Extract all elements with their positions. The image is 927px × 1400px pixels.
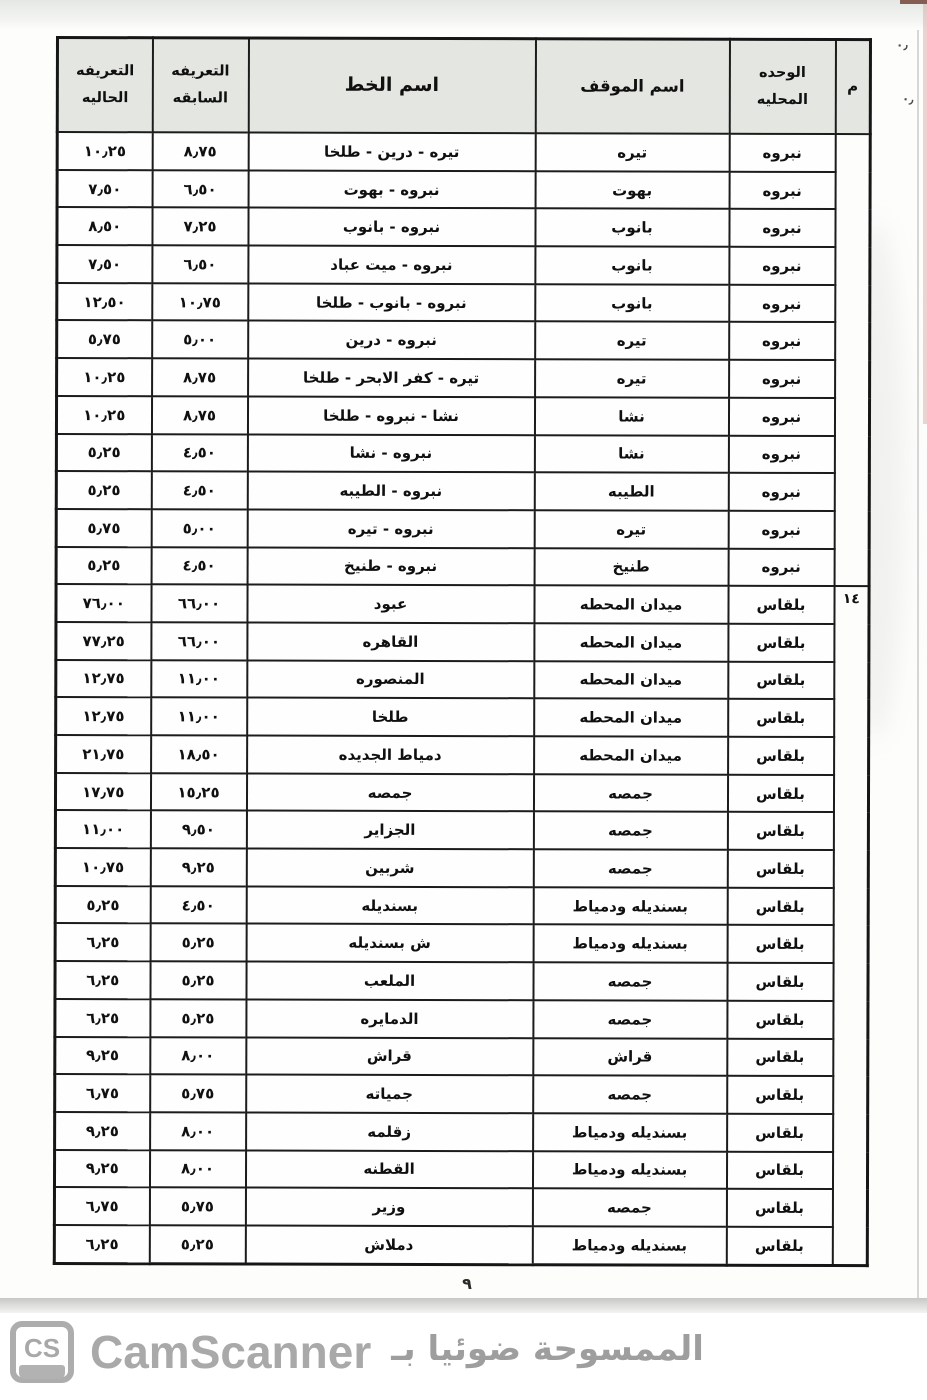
cell-previous-tariff: ١١٫٠٠	[151, 698, 247, 736]
camscanner-logo-bar	[19, 1365, 65, 1379]
table-row: بلقاسبسنديله ودمياطالقطنه٨٫٠٠٩٫٢٥	[54, 1150, 867, 1190]
cell-line-name: جمصه	[246, 773, 533, 811]
cell-current-tariff: ٦٫٢٥	[54, 1225, 149, 1263]
table-row: بلقاسميدان المحطهطلخا١١٫٠٠١٢٫٧٥	[56, 697, 869, 737]
cell-local-unit: بلقاس	[728, 737, 834, 775]
cell-previous-tariff: ٦٫٥٠	[152, 170, 248, 208]
cell-previous-tariff: ٥٫٠٠	[152, 321, 248, 359]
cell-previous-tariff: ٨٫٧٥	[151, 396, 247, 434]
cell-stop-name: الطيبه	[534, 472, 728, 510]
cell-local-unit: نبروه	[729, 247, 835, 285]
cell-previous-tariff: ٨٫٠٠	[150, 1112, 246, 1150]
cell-line-name: قراش	[246, 1037, 533, 1075]
cell-line-name: نبروه - نشا	[247, 434, 534, 472]
cell-previous-tariff: ٤٫٥٠	[151, 471, 247, 509]
cell-line-name: شربين	[246, 849, 533, 887]
cell-line-name: نبروه - بانوب	[248, 208, 535, 246]
cell-previous-tariff: ١٨٫٥٠	[151, 735, 247, 773]
cell-previous-tariff: ٥٫٢٥	[150, 999, 246, 1037]
cell-previous-tariff: ٥٫٧٥	[150, 1074, 246, 1112]
cell-local-unit: بلقاس	[728, 624, 834, 662]
table-row: بلقاسبسنديله ودمياطبسنديله٤٫٥٠٥٫٢٥	[55, 886, 868, 926]
cell-local-unit: بلقاس	[726, 1151, 832, 1189]
cell-current-tariff: ٢١٫٧٥	[56, 735, 151, 773]
cell-current-tariff: ٦٫٢٥	[55, 999, 150, 1037]
cell-stop-name: نشا	[534, 397, 728, 435]
col-header-line-name: اسم الخط	[248, 38, 535, 133]
cell-line-name: دملاش	[245, 1225, 532, 1264]
cell-current-tariff: ١٠٫٢٥	[57, 358, 152, 396]
table-row: بلقاسقراشقراش٨٫٠٠٩٫٢٥	[55, 1037, 868, 1077]
cell-line-name: المنصوره	[247, 660, 534, 698]
table-row: بلقاسجمصهالجزاير٩٫٥٠١١٫٠٠	[55, 810, 868, 850]
cell-previous-tariff: ٤٫٥٠	[151, 434, 247, 472]
cell-stop-name: جمصه	[533, 1075, 727, 1113]
cell-current-tariff: ٥٫٧٥	[57, 320, 152, 358]
cell-line-name: عبود	[247, 585, 534, 623]
cell-previous-tariff: ٥٫٢٥	[150, 961, 246, 999]
cell-current-tariff: ١٢٫٧٥	[56, 660, 151, 698]
cell-line-name: الدمايره	[246, 999, 533, 1037]
cell-current-tariff: ٥٫٢٥	[56, 547, 151, 585]
cell-stop-name: تيره	[535, 322, 729, 360]
cell-previous-tariff: ١١٫٠٠	[151, 660, 247, 698]
cell-current-tariff: ١٠٫٢٥	[57, 132, 152, 170]
cell-line-name: نبروه - تيره	[247, 509, 534, 547]
cell-stop-name: ميدان المحطه	[534, 736, 728, 774]
cell-previous-tariff: ٤٫٥٠	[151, 547, 247, 585]
table-row: نبروهبانوبنبروه - بانوب٧٫٢٥٨٫٥٠	[57, 207, 870, 247]
cell-current-tariff: ٥٫٢٥	[55, 886, 150, 924]
cell-stop-name: بانوب	[535, 284, 729, 322]
col-header-local-unit: الوحده المحليه	[729, 39, 835, 134]
cell-local-unit: نبروه	[729, 171, 835, 209]
cell-current-tariff: ٦٫٧٥	[54, 1187, 149, 1225]
cell-stop-name: بهوت	[535, 171, 729, 209]
cell-local-unit: بلقاس	[728, 661, 834, 699]
cell-line-name: وزير	[245, 1188, 532, 1226]
cell-current-tariff: ٩٫٢٥	[55, 1037, 150, 1075]
cell-previous-tariff: ٦٦٫٠٠	[151, 622, 247, 660]
table-row: نبروهنشانبروه - نشا٤٫٥٠٥٫٢٥	[56, 434, 869, 474]
cell-line-name: نبروه - ميت عباد	[248, 246, 535, 284]
cell-previous-tariff: ٦٫٥٠	[152, 245, 248, 283]
cell-stop-name: ميدان المحطه	[534, 623, 728, 661]
cell-current-tariff: ٥٫٢٥	[56, 471, 151, 509]
cell-stop-name: تيره	[535, 359, 729, 397]
cell-stop-name: جمصه	[533, 812, 727, 850]
cell-stop-name: قراش	[533, 1038, 727, 1076]
col-header-current-tariff: التعريفه الحاليه	[57, 38, 152, 133]
cell-serial: ١٤	[832, 586, 869, 1265]
cell-stop-name: بسنديله ودمياط	[532, 1151, 726, 1189]
cell-line-name: زقلمه	[246, 1112, 533, 1150]
cell-previous-tariff: ٥٫٧٥	[149, 1187, 245, 1225]
cell-previous-tariff: ٤٫٥٠	[150, 886, 246, 924]
cell-local-unit: نبروه	[728, 435, 834, 473]
cell-previous-tariff: ١٠٫٧٥	[152, 283, 248, 321]
cell-current-tariff: ٦٫٧٥	[55, 1074, 150, 1112]
cell-local-unit: بلقاس	[727, 963, 833, 1001]
cell-local-unit: بلقاس	[728, 586, 834, 624]
cell-serial	[834, 134, 870, 586]
cell-line-name: الملعب	[246, 962, 533, 1000]
cell-local-unit: نبروه	[729, 360, 835, 398]
cell-stop-name: ميدان المحطه	[534, 586, 728, 624]
cell-local-unit: بلقاس	[727, 812, 833, 850]
cell-line-name: بسنديله	[246, 886, 533, 924]
cell-current-tariff: ٧٧٫٢٥	[56, 622, 151, 660]
cell-stop-name: جمصه	[533, 774, 727, 812]
cell-line-name: نبروه - درين	[248, 321, 535, 359]
scan-edge-artifact	[923, 4, 927, 424]
cell-previous-tariff: ٥٫٢٥	[149, 1225, 245, 1263]
cell-line-name: نشا - نبروه - طلخا	[247, 396, 534, 434]
col-header-stop-name: اسم الموقف	[535, 39, 729, 134]
cell-local-unit: بلقاس	[727, 888, 833, 926]
table-row: نبروهبهوتنبروه - بهوت٦٫٥٠٧٫٥٠	[57, 170, 870, 210]
cell-line-name: جمياته	[246, 1075, 533, 1113]
table-row: بلقاسجمصهوزير٥٫٧٥٦٫٧٥	[54, 1187, 867, 1227]
header-row: م الوحده المحليه اسم الموقف اسم الخط الت…	[57, 38, 870, 135]
cell-local-unit: بلقاس	[727, 1038, 833, 1076]
cell-previous-tariff: ٦٦٫٠٠	[151, 585, 247, 623]
table-row: نبروهبانوبنبروه - ميت عباد٦٫٥٠٧٫٥٠	[57, 245, 870, 285]
cell-current-tariff: ٧٫٥٠	[57, 170, 152, 208]
cell-previous-tariff: ٨٫٠٠	[150, 1037, 246, 1075]
table-row: نبروهتيرهنبروه - درين٥٫٠٠٥٫٧٥	[57, 320, 870, 360]
cell-line-name: القطنه	[245, 1150, 532, 1188]
scan-edge-band	[0, 0, 927, 30]
cell-stop-name: بسنديله ودمياط	[533, 925, 727, 963]
cell-local-unit: بلقاس	[727, 774, 833, 812]
cell-line-name: نبروه - بانوب - طلخا	[248, 283, 535, 321]
cell-local-unit: بلقاس	[727, 850, 833, 888]
cell-stop-name: جمصه	[533, 849, 727, 887]
cell-stop-name: تيره	[534, 510, 728, 548]
col-header-serial: م	[835, 40, 870, 135]
cell-local-unit: نبروه	[729, 209, 835, 247]
cell-local-unit: بلقاس	[727, 1076, 833, 1114]
cell-local-unit: بلقاس	[727, 1001, 833, 1039]
cell-line-name: تيره - درين - طلخا	[248, 133, 535, 171]
cell-line-name: طلخا	[247, 698, 534, 736]
table-row: نبروهبانوبنبروه - بانوب - طلخا١٠٫٧٥١٢٫٥٠	[57, 283, 870, 323]
cell-current-tariff: ١٧٫٧٥	[55, 773, 150, 811]
cell-stop-name: ميدان المحطه	[534, 661, 728, 699]
cell-stop-name: بسنديله ودمياط	[533, 1113, 727, 1151]
cell-previous-tariff: ٧٫٢٥	[152, 208, 248, 246]
scan-bottom-band	[0, 1298, 927, 1313]
cell-line-name: القاهره	[247, 622, 534, 660]
page-fold-line	[917, 30, 919, 1298]
cell-previous-tariff: ٩٫٢٥	[150, 848, 246, 886]
cell-line-name: دمياط الجديده	[247, 736, 534, 774]
col-header-previous-tariff: التعريفه السابقه	[152, 38, 248, 133]
camscanner-logo-letters: CS	[24, 1333, 60, 1364]
cell-stop-name: نشا	[534, 435, 728, 473]
tariff-table: م الوحده المحليه اسم الموقف اسم الخط الت…	[53, 36, 872, 1267]
cell-current-tariff: ٩٫٢٥	[55, 1112, 150, 1150]
scanned-page: ٠٫ ٠٫ م الوحده المحليه اسم الموقف اسم ال…	[0, 0, 927, 1400]
table-row: نبروهنشانشا - نبروه - طلخا٨٫٧٥١٠٫٢٥	[56, 396, 869, 436]
cell-previous-tariff: ٥٫٢٥	[150, 924, 246, 962]
cell-current-tariff: ٥٫٢٥	[56, 434, 151, 472]
cell-local-unit: نبروه	[729, 134, 835, 172]
cell-stop-name: بسنديله ودمياط	[533, 887, 727, 925]
cell-current-tariff: ١٢٫٧٥	[56, 697, 151, 735]
cell-stop-name: ميدان المحطه	[534, 699, 728, 737]
handwritten-mark: ٠٫	[896, 38, 908, 52]
cell-current-tariff: ٦٫٢٥	[55, 961, 150, 999]
cell-local-unit: بلقاس	[726, 1227, 832, 1265]
table-row: بلقاسميدان المحطهالمنصوره١١٫٠٠١٢٫٧٥	[56, 660, 869, 700]
table-row: نبروهطنيخنبروه - طنيخ٤٫٥٠٥٫٢٥	[56, 547, 869, 587]
table-row: بلقاسجمصهجمصه١٥٫٢٥١٧٫٧٥	[55, 773, 868, 813]
table-row: نبروهتيرهتيره - درين - طلخا٨٫٧٥١٠٫٢٥	[57, 132, 870, 172]
table-row: نبروهالطيبهنبروه - الطيبه٤٫٥٠٥٫٢٥	[56, 471, 869, 511]
cell-stop-name: طنيخ	[534, 548, 728, 586]
cell-local-unit: نبروه	[728, 548, 834, 586]
camscanner-watermark: CS CamScanner الممسوحة ضوئيا بـ	[10, 1321, 704, 1383]
table-row: بلقاسجمصهشربين٩٫٢٥١٠٫٧٥	[55, 848, 868, 888]
cell-current-tariff: ٧٦٫٠٠	[56, 584, 151, 622]
cell-stop-name: بسنديله ودمياط	[532, 1226, 726, 1265]
camscanner-arabic-text: الممسوحة ضوئيا بـ	[391, 1329, 704, 1369]
cell-line-name: الجزاير	[246, 811, 533, 849]
cell-current-tariff: ١٠٫٧٥	[55, 848, 150, 886]
table-row: نبروهتيرهنبروه - تيره٥٫٠٠٥٫٧٥	[56, 509, 869, 549]
cell-stop-name: جمصه	[532, 1189, 726, 1227]
cell-line-name: نبروه - بهوت	[248, 170, 535, 208]
cell-previous-tariff: ٨٫٧٥	[152, 358, 248, 396]
cell-local-unit: بلقاس	[728, 699, 834, 737]
cell-current-tariff: ٦٫٢٥	[55, 923, 150, 961]
table-row: بلقاسجمصهالملعب٥٫٢٥٦٫٢٥	[55, 961, 868, 1001]
cell-current-tariff: ١٠٫٢٥	[56, 396, 151, 434]
page-number: ٩	[452, 1274, 482, 1293]
table-row: نبروهتيرهتيره - كفر الابحر - طلخا٨٫٧٥١٠٫…	[57, 358, 870, 398]
cell-local-unit: بلقاس	[726, 1189, 832, 1227]
cell-previous-tariff: ٥٫٠٠	[151, 509, 247, 547]
camscanner-footer: CS CamScanner الممسوحة ضوئيا بـ	[0, 1313, 927, 1400]
cell-line-name: تيره - كفر الابحر - طلخا	[248, 359, 535, 397]
handwritten-mark: ٠٫	[901, 91, 915, 107]
cell-local-unit: بلقاس	[727, 1114, 833, 1152]
cell-previous-tariff: ٩٫٥٠	[150, 811, 246, 849]
cell-local-unit: نبروه	[729, 285, 835, 323]
cell-current-tariff: ٩٫٢٥	[54, 1150, 149, 1188]
table-row: بلقاسميدان المحطهالقاهره٦٦٫٠٠٧٧٫٢٥	[56, 622, 869, 662]
cell-current-tariff: ٥٫٧٥	[56, 509, 151, 547]
cell-stop-name: بانوب	[535, 246, 729, 284]
cell-previous-tariff: ٨٫٠٠	[149, 1150, 245, 1188]
cell-line-name: نبروه - الطيبه	[247, 472, 534, 510]
cell-line-name: ش بسنديله	[246, 924, 533, 962]
cell-current-tariff: ٧٫٥٠	[57, 245, 152, 283]
cell-previous-tariff: ١٥٫٢٥	[150, 773, 246, 811]
cell-local-unit: نبروه	[728, 473, 834, 511]
cell-local-unit: نبروه	[729, 322, 835, 360]
cell-current-tariff: ١٢٫٥٠	[57, 283, 152, 321]
tariff-table-wrapper: م الوحده المحليه اسم الموقف اسم الخط الت…	[53, 36, 869, 1267]
table-row: بلقاسجمصهجمياته٥٫٧٥٦٫٧٥	[55, 1074, 868, 1114]
cell-stop-name: جمصه	[533, 962, 727, 1000]
cell-stop-name: تيره	[535, 133, 729, 171]
cell-local-unit: نبروه	[728, 511, 834, 549]
table-row: بلقاسبسنديله ودمياطدملاش٥٫٢٥٦٫٢٥	[54, 1225, 867, 1265]
table-row: بلقاسميدان المحطهدمياط الجديده١٨٫٥٠٢١٫٧٥	[56, 735, 869, 775]
table-row: بلقاسبسنديله ودمياطش بسنديله٥٫٢٥٦٫٢٥	[55, 923, 868, 963]
cell-local-unit: نبروه	[728, 398, 834, 436]
camscanner-logo-icon: CS	[10, 1321, 74, 1383]
cell-stop-name: بانوب	[535, 209, 729, 247]
camscanner-brand-text: CamScanner	[90, 1325, 371, 1379]
cell-previous-tariff: ٨٫٧٥	[152, 132, 248, 170]
cell-line-name: نبروه - طنيخ	[247, 547, 534, 585]
table-row: بلقاسجمصهالدمايره٥٫٢٥٦٫٢٥	[55, 999, 868, 1039]
table-row: ١٤بلقاسميدان المحطهعبود٦٦٫٠٠٧٦٫٠٠	[56, 584, 869, 624]
cell-local-unit: بلقاس	[727, 925, 833, 963]
cell-stop-name: جمصه	[533, 1000, 727, 1038]
cell-current-tariff: ١١٫٠٠	[55, 810, 150, 848]
cell-current-tariff: ٨٫٥٠	[57, 207, 152, 245]
table-row: بلقاسبسنديله ودمياطزقلمه٨٫٠٠٩٫٢٥	[55, 1112, 868, 1152]
